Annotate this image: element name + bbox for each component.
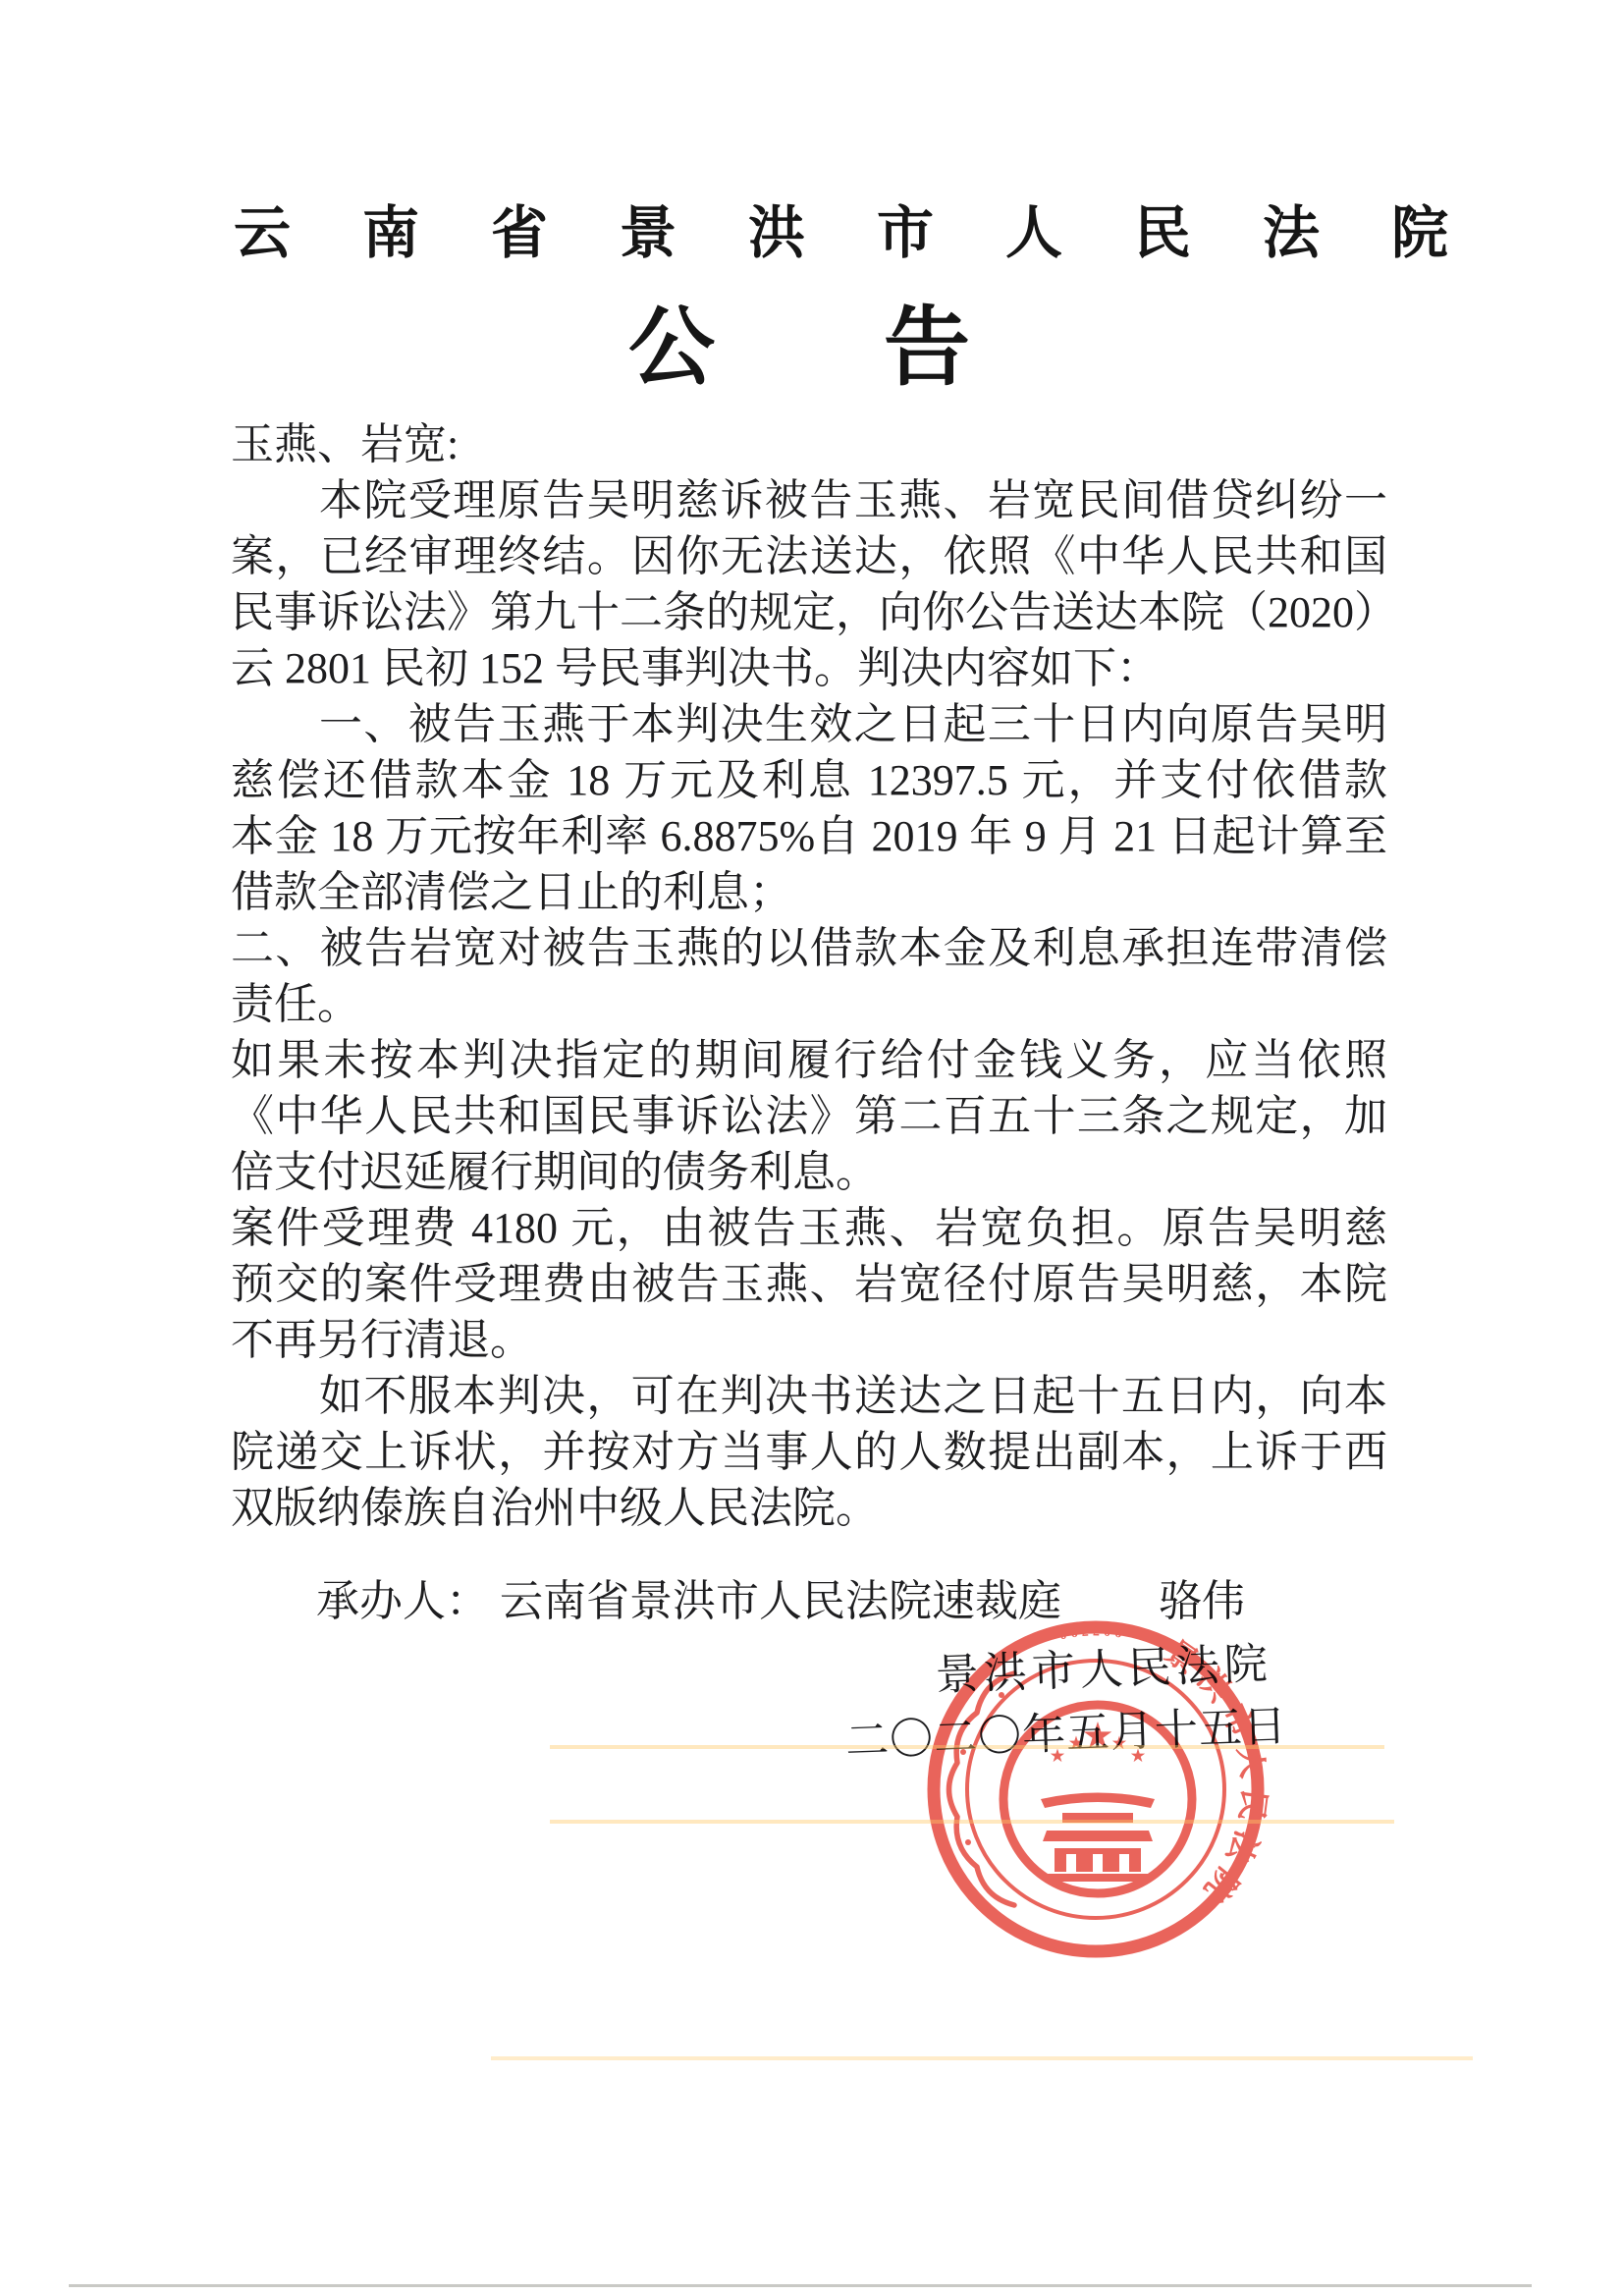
scan-artifact-line bbox=[550, 1820, 1394, 1824]
body-line: 二、被告岩宽对被告玉燕的以借款本金及利息承担连带清偿 bbox=[231, 920, 1387, 976]
body-line: 案件受理费 4180 元，由被告玉燕、岩宽负担。原告吴明慈 bbox=[231, 1200, 1387, 1256]
court-title: 云南省景洪市人民法院 bbox=[234, 202, 1520, 265]
body-line: 一、被告玉燕于本判决生效之日起三十日内向原告吴明 bbox=[231, 696, 1387, 752]
scan-artifact-line bbox=[550, 1745, 1384, 1749]
scan-artifact-bottom-edge bbox=[69, 2284, 1532, 2287]
body-line: 不再另行清退。 bbox=[231, 1312, 1387, 1368]
national-emblem-icon bbox=[1003, 1705, 1192, 1893]
body-line: 慈偿还借款本金 18 万元及利息 12397.5 元，并支付依借款 bbox=[231, 752, 1387, 808]
body-line: 案，已经审理终结。因你无法送达，依照《中华人民共和国 bbox=[231, 528, 1387, 584]
scan-artifact-line bbox=[491, 2056, 1473, 2060]
body-line: 双版纳傣族自治州中级人民法院。 bbox=[231, 1480, 1387, 1536]
body-line: 预交的案件受理费由被告玉燕、岩宽径付原告吴明慈，本院 bbox=[231, 1256, 1387, 1312]
body-line: 本院受理原告吴明慈诉被告玉燕、岩宽民间借贷纠纷一 bbox=[231, 472, 1387, 528]
body-line: 云 2801 民初 152 号民事判决书。判决内容如下： bbox=[231, 640, 1387, 696]
body-line: 如不服本判决，可在判决书送达之日起十五日内，向本 bbox=[231, 1368, 1387, 1424]
body-line: 民事诉讼法》第九十二条的规定，向你公告送达本院（2020） bbox=[231, 584, 1387, 640]
seal-ring-text: 景洪市人民法院 bbox=[1159, 1633, 1272, 1915]
body-line: 《中华人民共和国民事诉讼法》第二百五十三条之规定，加 bbox=[231, 1088, 1387, 1144]
salutation: 玉燕、岩宽: bbox=[231, 416, 1387, 472]
body-line: 院递交上诉状，并按对方当事人的人数提出副本，上诉于西 bbox=[231, 1424, 1387, 1480]
notice-body: 玉燕、岩宽: 本院受理原告吴明慈诉被告玉燕、岩宽民间借贷纠纷一 案，已经审理终结… bbox=[231, 416, 1387, 1536]
body-line: 责任。 bbox=[231, 976, 1387, 1032]
body-line: 本金 18 万元按年利率 6.8875%自 2019 年 9 月 21 日起计算… bbox=[231, 808, 1387, 864]
notice-title: 公告 bbox=[628, 301, 1139, 395]
body-line: 借款全部清偿之日止的利息； bbox=[231, 864, 1387, 920]
body-line: 倍支付迟延履行期间的债务利息。 bbox=[231, 1144, 1387, 1200]
court-seal: 景洪市人民法院 062206 bbox=[911, 1605, 1280, 1974]
document-page: 云南省景洪市人民法院 公告 玉燕、岩宽: 本院受理原告吴明慈诉被告玉燕、岩宽民间… bbox=[0, 0, 1623, 2296]
body-line: 如果未按本判决指定的期间履行给付金钱义务，应当依照 bbox=[231, 1032, 1387, 1088]
